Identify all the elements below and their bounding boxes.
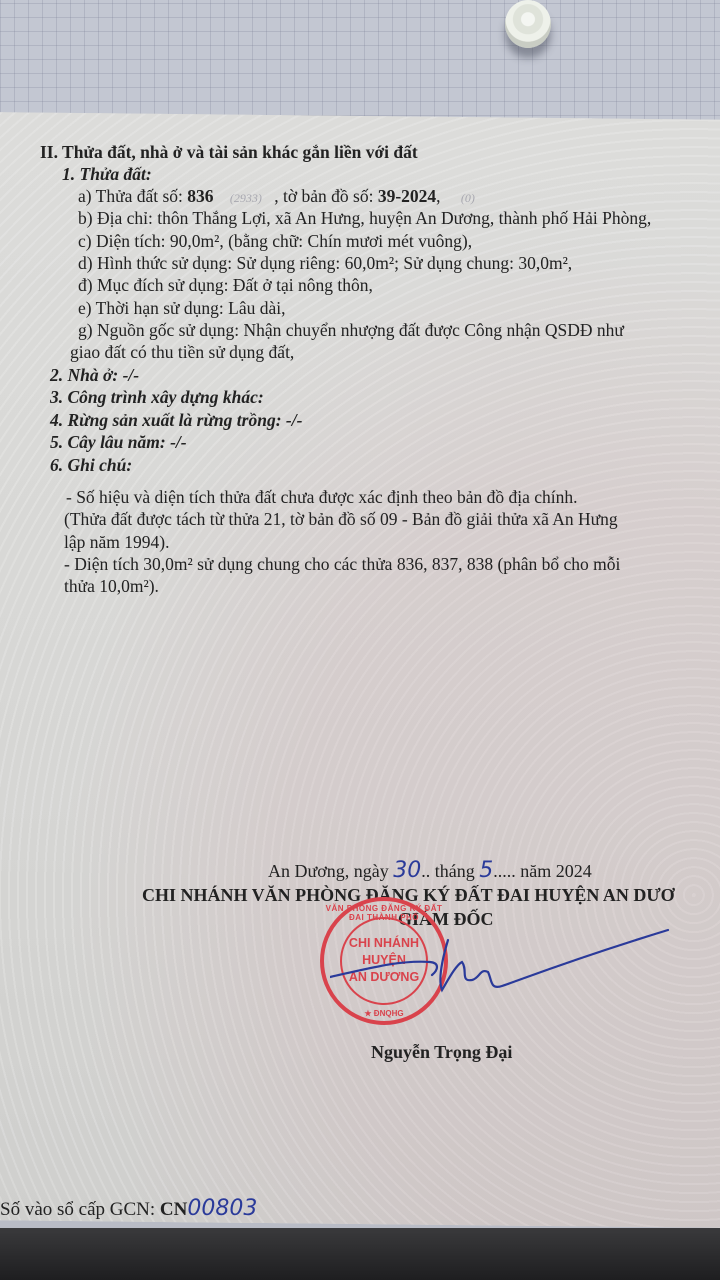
map-sheet-label: , tờ bản đồ số: — [274, 186, 378, 206]
map-sheet-number: 39-2024 — [378, 186, 436, 206]
certificate-entry: Số vào sổ cấp GCN: CN00803 — [0, 1198, 257, 1221]
note-line: - Diện tích 30,0m² sử dụng chung cho các… — [64, 553, 620, 575]
map-faint-note: (0) — [461, 191, 475, 205]
usage-purpose-row: đ) Mục đích sử dụng: Đất ở tại nông thôn… — [78, 274, 373, 296]
date-year: ..... năm 2024 — [493, 861, 592, 881]
signature-mark — [330, 920, 670, 1020]
date-line: An Dương, ngày 30.. tháng 5..... năm 202… — [268, 860, 592, 882]
house-row: 2. Nhà ở: -/- — [50, 364, 139, 386]
date-prefix: An Dương, ngày — [268, 861, 393, 881]
certificate-entry-label: Số vào sổ cấp GCN: — [0, 1199, 160, 1220]
parcel-faint-note: (2933) — [230, 191, 262, 205]
usage-origin-row-continued: giao đất có thu tiền sử dụng đất, — [70, 341, 294, 363]
usage-term-row: e) Thời hạn sử dụng: Lâu dài, — [78, 297, 285, 319]
document-content: II. Thửa đất, nhà ở và tài sản khác gắn … — [0, 0, 720, 1280]
land-parcel-heading: 1. Thửa đất: — [62, 163, 152, 185]
parcel-number: 836 — [187, 186, 213, 206]
certificate-prefix: CN — [160, 1199, 187, 1220]
parcel-label: a) Thửa đất số: — [78, 186, 187, 206]
date-month: 5 — [479, 858, 493, 883]
perennial-trees-row: 5. Cây lâu năm: -/- — [50, 431, 187, 453]
production-forest-row: 4. Rừng sản xuất là rừng trồng: -/- — [50, 409, 302, 431]
date-day: 30 — [393, 858, 421, 883]
note-line: thửa 10,0m²). — [64, 575, 159, 597]
signer-name: Nguyễn Trọng Đại — [371, 1041, 512, 1063]
usage-origin-row: g) Nguồn gốc sử dụng: Nhận chuyển nhượng… — [78, 319, 624, 341]
usage-form-row: d) Hình thức sử dụng: Sử dụng riêng: 60,… — [78, 252, 572, 274]
notes-heading: 6. Ghi chú: — [50, 454, 132, 476]
date-month-label: .. tháng — [421, 861, 479, 881]
parcel-number-row: a) Thửa đất số: 836 (2933) , tờ bản đồ s… — [78, 185, 475, 209]
area-row: c) Diện tích: 90,0m², (bằng chữ: Chín mư… — [78, 230, 472, 252]
certificate-number: 00803 — [187, 1196, 257, 1221]
section-title: II. Thửa đất, nhà ở và tài sản khác gắn … — [40, 141, 418, 163]
map-sheet-suffix: , — [436, 186, 440, 206]
note-line: (Thửa đất được tách từ thửa 21, tờ bản đ… — [64, 508, 618, 530]
note-line: lập năm 1994). — [64, 531, 169, 553]
address-row: b) Địa chỉ: thôn Thắng Lợi, xã An Hưng, … — [78, 207, 651, 229]
note-line: - Số hiệu và diện tích thửa đất chưa đượ… — [66, 486, 578, 508]
other-construction-row: 3. Công trình xây dựng khác: — [50, 386, 264, 408]
